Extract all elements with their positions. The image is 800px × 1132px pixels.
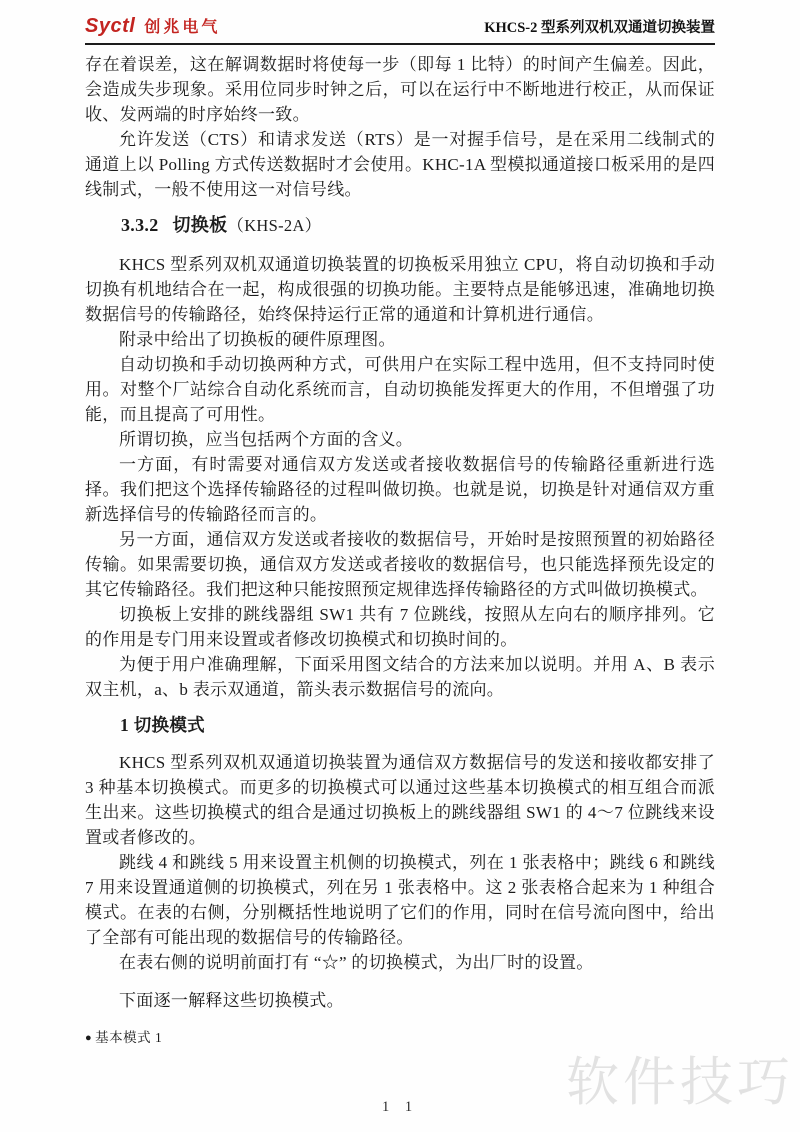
paragraph-cts-rts: 允许发送（CTS）和请求发送（RTS）是一对握手信号，是在采用二线制式的通道上以… — [85, 127, 715, 202]
bullet-basic-mode-1: ●基本模式 1 — [85, 1028, 715, 1048]
paragraph-cpu: KHCS 型系列双机双通道切换装置的切换板采用独立 CPU，将自动切换和手动切换… — [85, 252, 715, 327]
paragraph-explain: 下面逐一解释这些切换模式。 — [85, 988, 715, 1013]
paragraph-two-meanings: 所谓切换，应当包括两个方面的含义。 — [85, 427, 715, 452]
document-page: Syctl 创兆电气 KHCS-2 型系列双机双通道切换装置 存在着误差，这在解… — [0, 0, 800, 1132]
paragraph-jumpers: 跳线 4 和跳线 5 用来设置主机侧的切换模式，列在 1 张表格中；跳线 6 和… — [85, 850, 715, 950]
page-body: 存在着误差，这在解调数据时将使每一步（即每 1 比特）的时间产生偏差。因此，会造… — [85, 52, 715, 1048]
paragraph-aspect2: 另一方面，通信双方发送或者接收的数据信号，开始时是按照预置的初始路径传输。如果需… — [85, 527, 715, 602]
section-model: （KHS-2A） — [227, 216, 321, 235]
bullet-label: 基本模式 1 — [95, 1030, 162, 1045]
subheading-switch-modes: 1 切换模式 — [85, 713, 715, 738]
section-number: 3.3.2 — [121, 215, 159, 235]
paragraph-two-ways: 自动切换和手动切换两种方式，可供用户在实际工程中选用，但不支持同时使用。对整个厂… — [85, 352, 715, 427]
bullet-icon: ● — [85, 1032, 92, 1044]
paragraph-appendix: 附录中给出了切换板的硬件原理图。 — [85, 327, 715, 352]
paragraph-carryover: 存在着误差，这在解调数据时将使每一步（即每 1 比特）的时间产生偏差。因此，会造… — [85, 52, 715, 127]
paragraph-sw1: 切换板上安排的跳线器组 SW1 共有 7 位跳线，按照从左向右的顺序排列。它的作… — [85, 602, 715, 652]
document-title: KHCS-2 型系列双机双通道切换装置 — [484, 16, 715, 38]
paragraph-legend: 为便于用户准确理解，下面采用图文结合的方法来加以说明。并用 A、B 表示双主机，… — [85, 652, 715, 702]
page-number: 1 1 — [0, 1099, 800, 1116]
section-title: 切换板 — [173, 215, 228, 235]
paragraph-modes-intro: KHCS 型系列双机双通道切换装置为通信双方数据信号的发送和接收都安排了 3 种… — [85, 750, 715, 850]
section-heading-332: 3.3.2切换板（KHS-2A） — [85, 213, 715, 238]
company-logo: Syctl 创兆电气 — [85, 14, 220, 38]
page-header: Syctl 创兆电气 KHCS-2 型系列双机双通道切换装置 — [85, 0, 715, 45]
logo-brand-text: Syctl — [85, 15, 135, 38]
paragraph-star-note: 在表右侧的说明前面打有 “☆” 的切换模式，为出厂时的设置。 — [85, 950, 715, 975]
paragraph-aspect1: 一方面，有时需要对通信双方发送或者接收数据信号的传输路径重新进行选择。我们把这个… — [85, 452, 715, 527]
logo-company-name: 创兆电气 — [144, 14, 220, 37]
